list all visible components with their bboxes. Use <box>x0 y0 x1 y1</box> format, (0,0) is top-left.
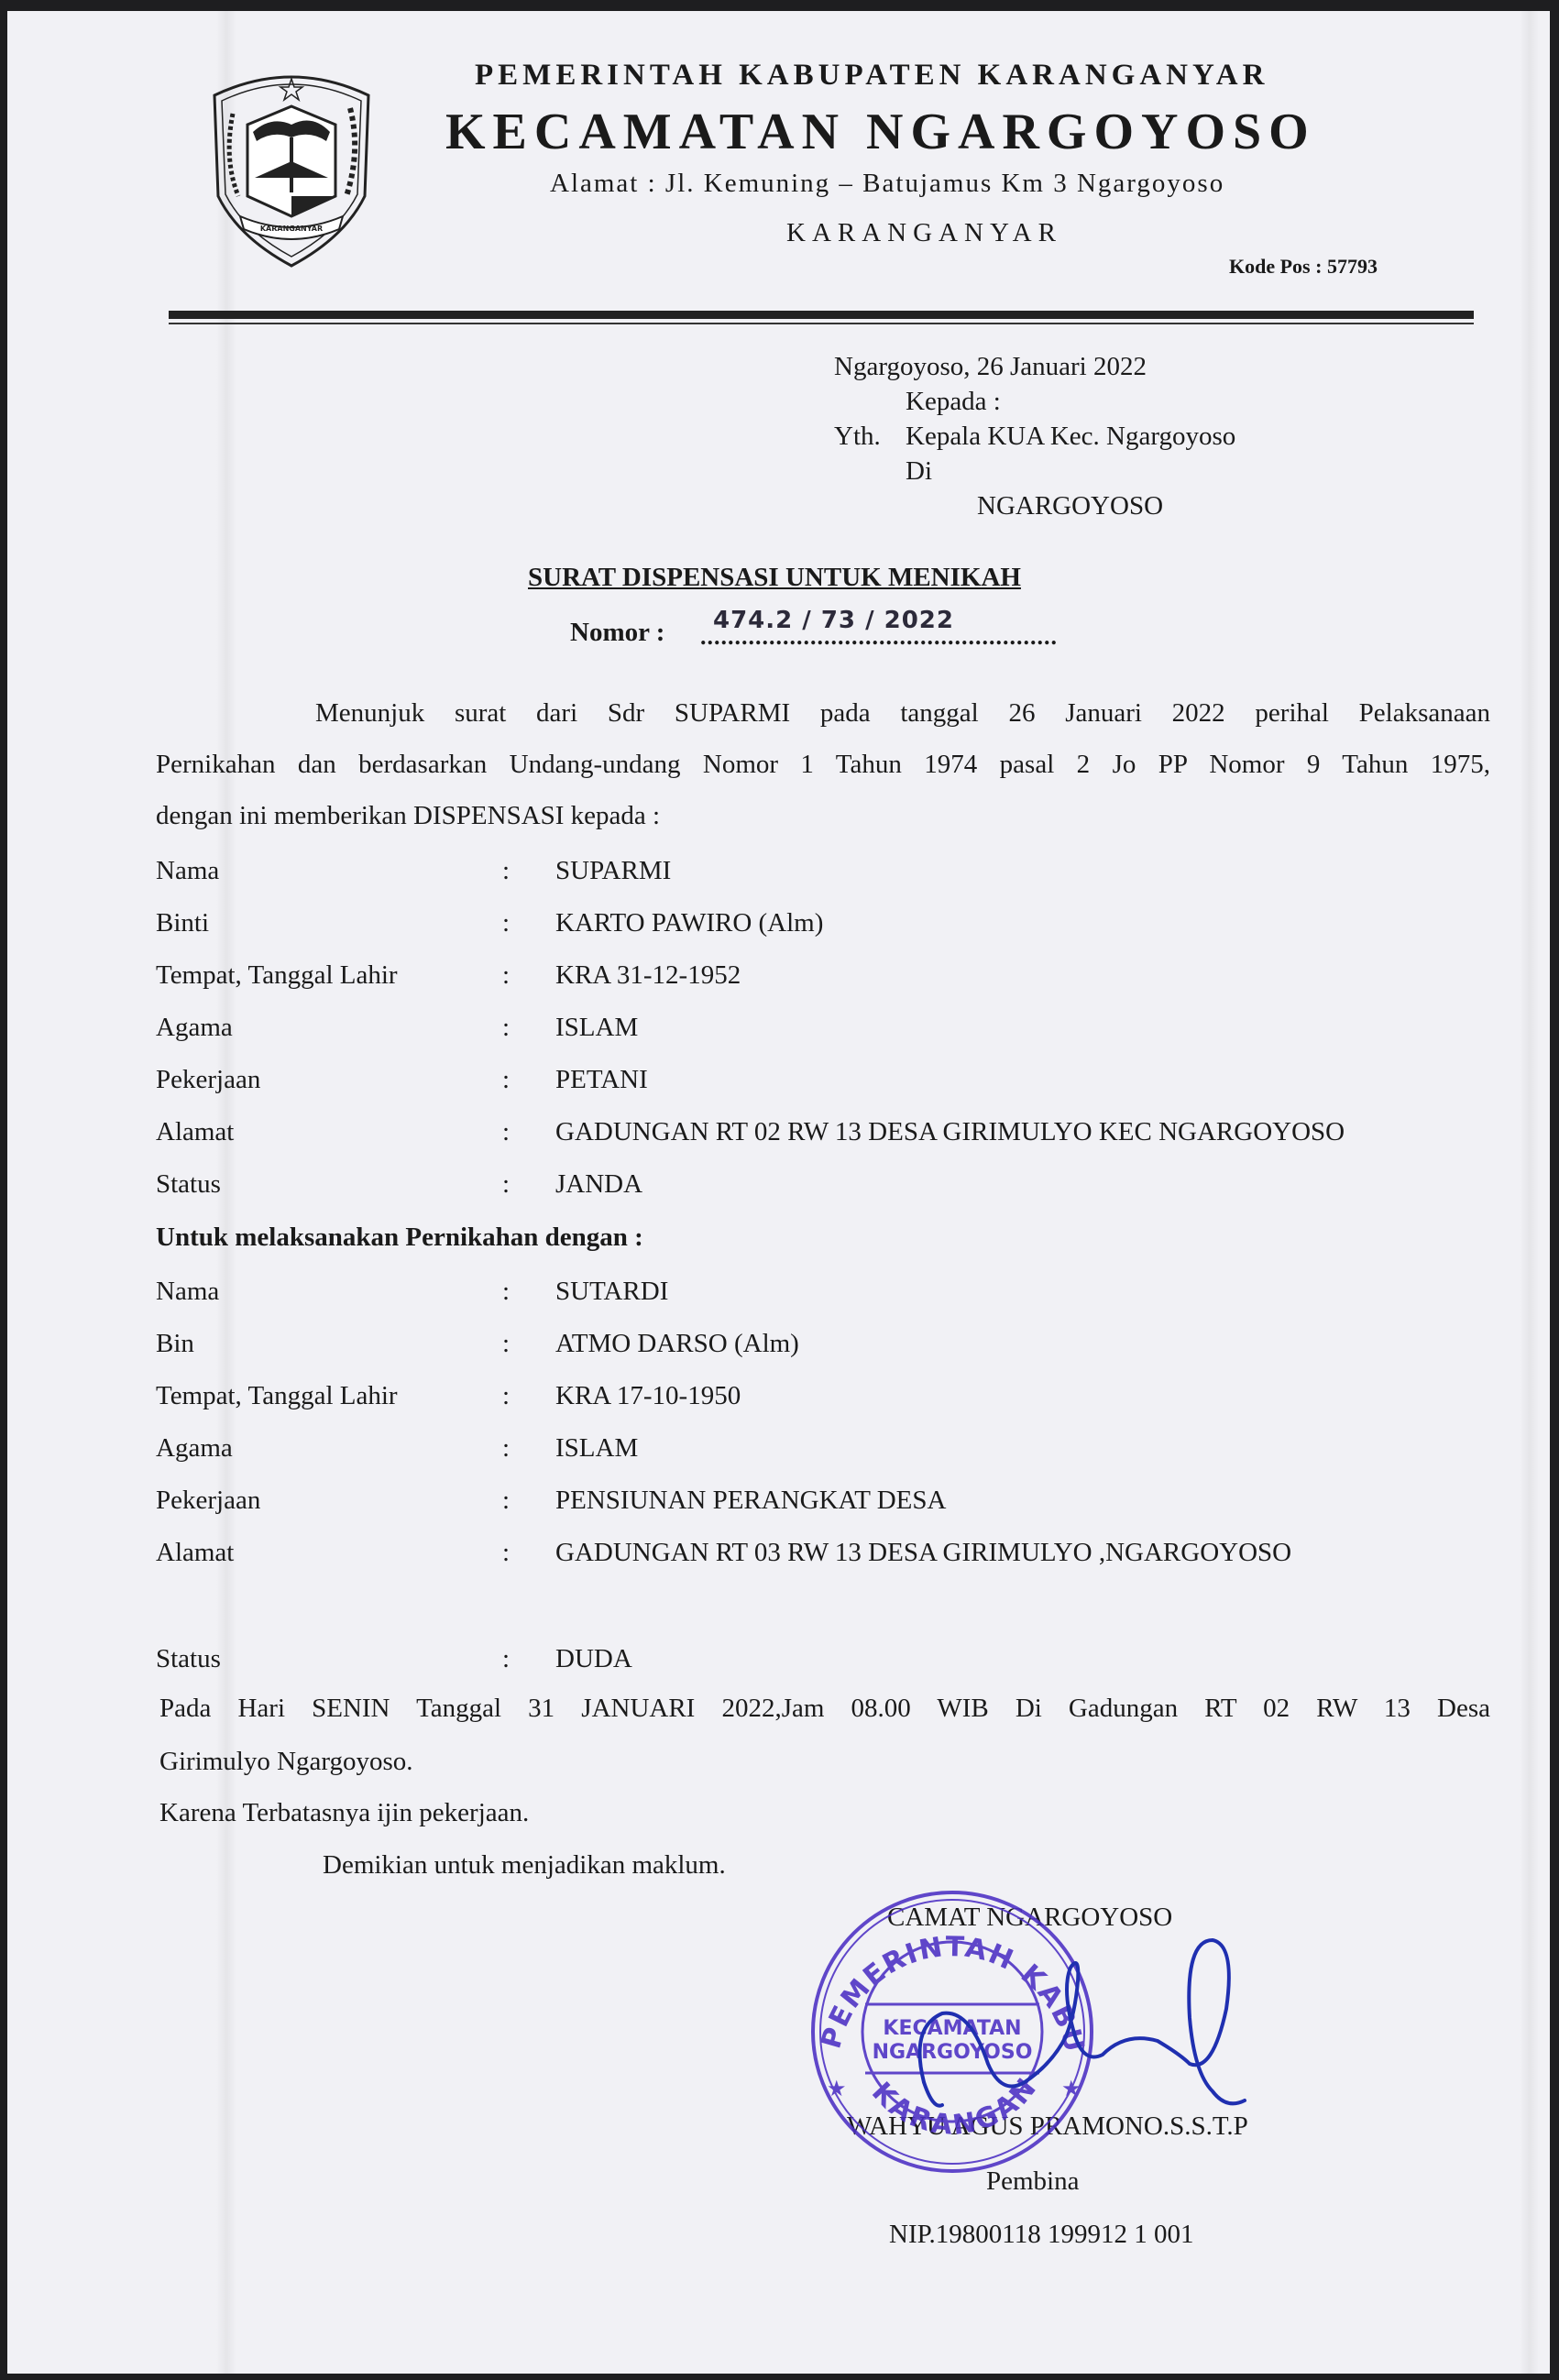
field-label: Nama <box>156 1277 219 1307</box>
number-handwritten: 474.2 / 73 / 2022 <box>713 607 954 634</box>
field-colon: : <box>502 1169 510 1200</box>
recipient-name: Kepala KUA Kec. Ngargoyoso <box>906 422 1235 452</box>
field-colon: : <box>502 908 510 938</box>
svg-text:KARANGANYAR: KARANGANYAR <box>260 225 323 233</box>
field-colon: : <box>502 1433 510 1464</box>
field-colon: : <box>502 1117 510 1147</box>
groom-field-row: Status:DUDA <box>7 1644 1550 1681</box>
field-colon: : <box>502 1329 510 1359</box>
field-label: Pekerjaan <box>156 1486 260 1516</box>
groom-field-row: Bin:ATMO DARSO (Alm) <box>7 1329 1550 1365</box>
bride-field-row: Alamat:GADUNGAN RT 02 RW 13 DESA GIRIMUL… <box>7 1117 1550 1154</box>
letterhead-rule-thick <box>169 311 1474 319</box>
field-colon: : <box>502 1277 510 1307</box>
field-value: ISLAM <box>555 1433 638 1464</box>
field-value: ISLAM <box>555 1013 638 1043</box>
field-value: PENSIUNAN PERANGKAT DESA <box>555 1486 946 1516</box>
field-label: Nama <box>156 856 219 886</box>
field-value: DUDA <box>555 1644 632 1674</box>
reason-text: Karena Terbatasnya ijin pekerjaan. <box>159 1798 529 1828</box>
groom-field-row: Alamat:GADUNGAN RT 03 RW 13 DESA GIRIMUL… <box>7 1538 1550 1574</box>
field-label: Tempat, Tanggal Lahir <box>156 960 398 991</box>
field-colon: : <box>502 1013 510 1043</box>
bride-field-row: Nama:SUPARMI <box>7 856 1550 893</box>
handwritten-signature-icon <box>915 1926 1318 2146</box>
field-colon: : <box>502 1381 510 1411</box>
kepada-label: Kepada : <box>906 387 1001 417</box>
field-label: Binti <box>156 908 209 938</box>
groom-heading: Untuk melaksanakan Pernikahan dengan : <box>156 1223 643 1253</box>
office-name: KECAMATAN NGARGOYOSO <box>445 103 1316 161</box>
bride-field-row: Binti:KARTO PAWIRO (Alm) <box>7 908 1550 945</box>
field-colon: : <box>502 1486 510 1516</box>
field-colon: : <box>502 1644 510 1674</box>
field-value: KRA 17-10-1950 <box>555 1381 741 1411</box>
field-colon: : <box>502 960 510 991</box>
field-value: KRA 31-12-1952 <box>555 960 741 991</box>
intro-line-2: Pernikahan dan berdasarkan Undang-undang… <box>156 750 1490 780</box>
field-value: SUTARDI <box>555 1277 668 1307</box>
bride-field-row: Tempat, Tanggal Lahir:KRA 31-12-1952 <box>7 960 1550 997</box>
office-city: KARANGANYAR <box>786 218 1062 248</box>
groom-field-row: Tempat, Tanggal Lahir:KRA 17-10-1950 <box>7 1381 1550 1418</box>
letter-title: SURAT DISPENSASI UNTUK MENIKAH <box>528 563 1021 593</box>
closing-text: Demikian untuk menjadikan maklum. <box>323 1850 726 1881</box>
place-date: Ngargoyoso, 26 Januari 2022 <box>834 352 1147 382</box>
svg-text:★: ★ <box>827 2078 847 2101</box>
yth-label: Yth. <box>834 422 881 452</box>
office-address: Alamat : Jl. Kemuning – Batujamus Km 3 N… <box>550 169 1224 199</box>
schedule-line-1: Pada Hari SENIN Tanggal 31 JANUARI 2022,… <box>159 1694 1490 1724</box>
signatory-nip: NIP.19800118 199912 1 001 <box>889 2220 1193 2250</box>
schedule-line-2: Girimulyo Ngargoyoso. <box>159 1747 413 1777</box>
intro-line-1: Menunjuk surat dari Sdr SUPARMI pada tan… <box>315 698 1490 729</box>
field-label: Tempat, Tanggal Lahir <box>156 1381 398 1411</box>
letterhead-rule-thin <box>169 323 1474 324</box>
field-label: Agama <box>156 1013 233 1043</box>
recipient-location: NGARGOYOSO <box>977 491 1163 521</box>
groom-field-row: Agama:ISLAM <box>7 1433 1550 1470</box>
field-label: Agama <box>156 1433 233 1464</box>
field-colon: : <box>502 856 510 886</box>
bride-field-row: Agama:ISLAM <box>7 1013 1550 1049</box>
bride-field-row: Status:JANDA <box>7 1169 1550 1206</box>
field-value: KARTO PAWIRO (Alm) <box>555 908 823 938</box>
field-value: SUPARMI <box>555 856 671 886</box>
di-label: Di <box>906 456 932 487</box>
field-colon: : <box>502 1538 510 1568</box>
field-label: Alamat <box>156 1117 234 1147</box>
field-label: Status <box>156 1644 221 1674</box>
groom-field-row: Nama:SUTARDI <box>7 1277 1550 1313</box>
field-value: PETANI <box>555 1065 648 1095</box>
number-label: Nomor : <box>570 618 664 648</box>
field-label: Status <box>156 1169 221 1200</box>
field-label: Bin <box>156 1329 194 1359</box>
field-label: Alamat <box>156 1538 234 1568</box>
field-value: GADUNGAN RT 02 RW 13 DESA GIRIMULYO KEC … <box>555 1117 1345 1147</box>
bride-field-row: Pekerjaan:PETANI <box>7 1065 1550 1102</box>
intro-line-3: dengan ini memberikan DISPENSASI kepada … <box>156 801 660 831</box>
postal-code: Kode Pos : 57793 <box>1229 255 1378 279</box>
field-value: JANDA <box>555 1169 642 1200</box>
field-value: GADUNGAN RT 03 RW 13 DESA GIRIMULYO ,NGA… <box>555 1538 1291 1568</box>
field-label: Pekerjaan <box>156 1065 260 1095</box>
regency-crest-icon: KARANGANYAR <box>207 59 376 268</box>
government-name: PEMERINTAH KABUPATEN KARANGANYAR <box>475 59 1550 93</box>
field-colon: : <box>502 1065 510 1095</box>
groom-field-row: Pekerjaan:PENSIUNAN PERANGKAT DESA <box>7 1486 1550 1522</box>
letter-page: KARANGANYAR PEMERINTAH KABUPATEN KARANGA… <box>7 11 1550 2374</box>
field-value: ATMO DARSO (Alm) <box>555 1329 799 1359</box>
